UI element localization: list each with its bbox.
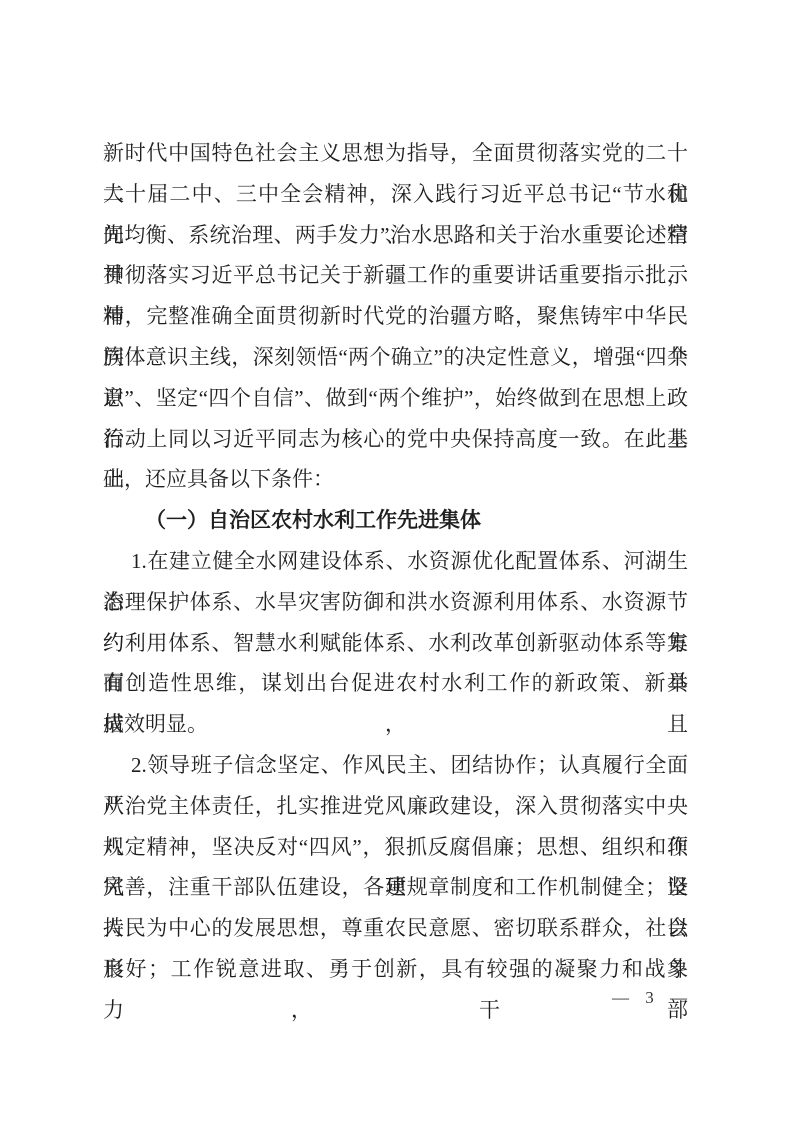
text-line: 同体意识主线，深刻领悟“两个确立”的决定性意义，增强“四个意 xyxy=(103,337,688,378)
text-line: 行动上同以习近平同志为核心的党中央保持高度一致。在此基础 xyxy=(103,419,688,460)
text-line: 神，完整准确全面贯彻新时代党的治疆方略，聚焦铸牢中华民族共 xyxy=(103,296,688,337)
text-line: 约利用体系、智慧水利赋能体系、水利改革创新驱动体系等方面具 xyxy=(103,623,688,664)
document-page: 新时代中国特色社会主义思想为指导，全面贯彻落实党的二十大和 二十届二中、三中全会… xyxy=(0,0,793,1122)
text-line: 完善，注重干部队伍建设，各项规章制度和工作机制健全；坚持以 xyxy=(103,867,688,908)
text-line: 人民为中心的发展思想，尊重农民意愿、密切联系群众，社会形象 xyxy=(103,908,688,949)
text-line: 贯彻落实习近平总书记关于新疆工作的重要讲话重要指示批示精 xyxy=(103,255,688,296)
text-line: 1.在建立健全水网建设体系、水资源优化配置体系、河湖生态 xyxy=(103,541,688,582)
text-line: 上，还应具备以下条件： xyxy=(103,459,688,500)
section-heading: （一）自治区农村水利工作先进集体 xyxy=(103,500,688,541)
text-line: 有创造性思维，谋划出台促进农村水利工作的新政策、新举措，且 xyxy=(103,663,688,704)
document-body: 新时代中国特色社会主义思想为指导，全面贯彻落实党的二十大和 二十届二中、三中全会… xyxy=(103,133,688,990)
text-line: 间均衡、系统治理、两手发力”治水思路和关于治水重要论述精神， xyxy=(103,215,688,256)
text-line: 规定精神，坚决反对“四风”，狠抓反腐倡廉；思想、组织和作风建设 xyxy=(103,827,688,868)
text-line: 治理保护体系、水旱灾害防御和洪水资源利用体系、水资源节约集 xyxy=(103,582,688,623)
text-line: 新时代中国特色社会主义思想为指导，全面贯彻落实党的二十大和 xyxy=(103,133,688,174)
text-line: 二十届二中、三中全会精神，深入践行习近平总书记“节水优先、空 xyxy=(103,174,688,215)
text-line: 良好；工作锐意进取、勇于创新，具有较强的凝聚力和战斗力，干部 xyxy=(103,949,688,990)
text-line: 2.领导班子信念坚定、作风民主、团结协作；认真履行全面从 xyxy=(103,745,688,786)
text-line: 严治党主体责任，扎实推进党风廉政建设，深入贯彻落实中央八项 xyxy=(103,786,688,827)
text-line: 识”、坚定“四个自信”、做到“两个维护”，始终做到在思想上政治上 xyxy=(103,378,688,419)
page-number: — 3 — xyxy=(612,986,688,1010)
